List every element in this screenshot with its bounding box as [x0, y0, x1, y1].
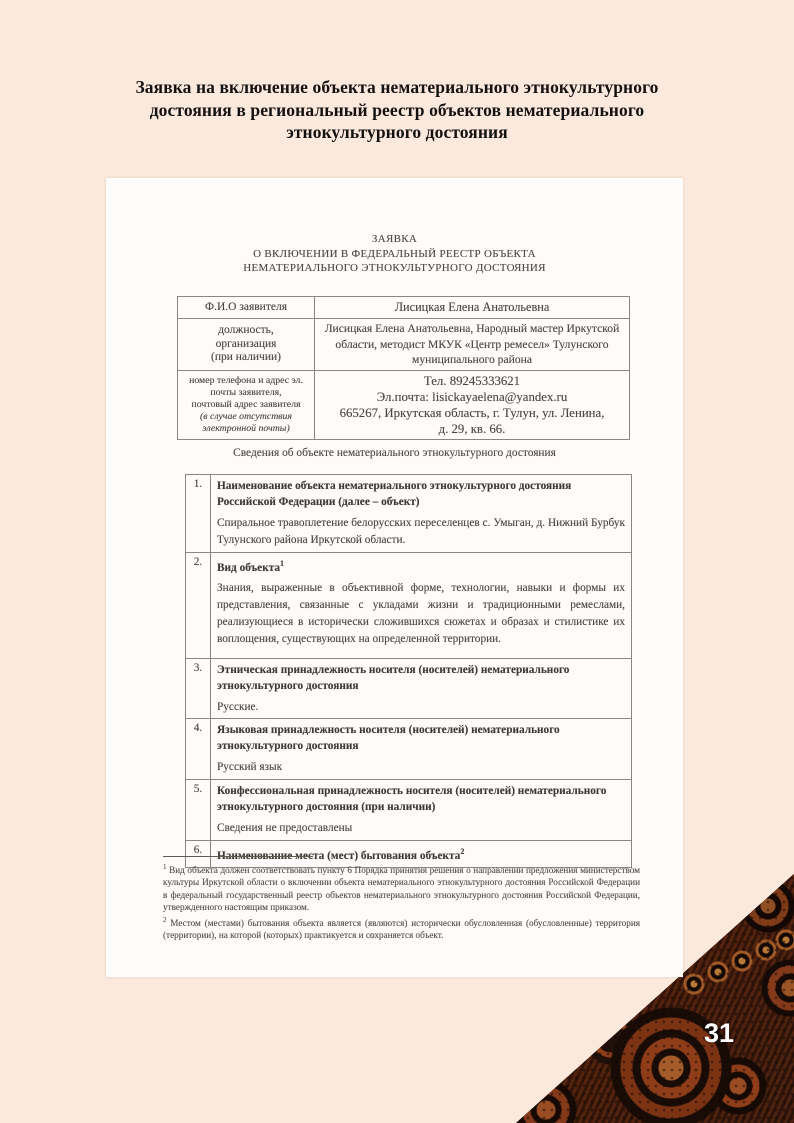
contact-phone: Тел. 89245333621 [321, 373, 623, 389]
row-body: Сведения не предоставлены [217, 820, 625, 837]
object-info-table: 1. Наименование объекта нематериального … [185, 474, 632, 868]
footnote-text: Вид объекта должен соответствовать пункт… [163, 865, 640, 912]
document-heading-line: О ВКЛЮЧЕНИИ В ФЕДЕРАЛЬНЫЙ РЕЕСТР ОБЪЕКТА [106, 247, 683, 262]
document-heading-line: НЕМАТЕРИАЛЬНОГО ЭТНОКУЛЬТУРНОГО ДОСТОЯНИ… [106, 261, 683, 276]
footnote-marker: 1 [163, 863, 167, 871]
fio-label-cell: Ф.И.О заявителя [178, 297, 315, 319]
scan-artifact-mark: 6 [368, 931, 374, 942]
row-content-cell: Вид объекта1 Знания, выраженные в объект… [211, 552, 632, 658]
position-label-cell: должность, организация (при наличии) [178, 319, 315, 371]
row-content-cell: Конфессиональная принадлежность носителя… [211, 780, 632, 841]
footnote-2: 2 Местом (местами) бытования объекта явл… [163, 914, 640, 942]
row-content-cell: Наименование объекта нематериального этн… [211, 475, 632, 553]
row-number-cell: 3. [186, 658, 211, 719]
row-body: Русские. [217, 699, 625, 716]
document-heading: ЗАЯВКА О ВКЛЮЧЕНИИ В ФЕДЕРАЛЬНЫЙ РЕЕСТР … [106, 232, 683, 276]
footnote-marker: 2 [163, 916, 167, 924]
page-number: 31 [704, 1018, 734, 1049]
row-heading: Этническая принадлежность носителя (носи… [217, 662, 625, 694]
label-line: почтовый адрес заявителя [181, 399, 311, 411]
footnote-divider [163, 856, 313, 857]
table-row: 3. Этническая принадлежность носителя (н… [186, 658, 632, 719]
label-line: (при наличии) [184, 351, 308, 365]
row-content-cell: Языковая принадлежность носителя (носите… [211, 719, 632, 780]
scanned-document: ЗАЯВКА О ВКЛЮЧЕНИИ В ФЕДЕРАЛЬНЫЙ РЕЕСТР … [106, 178, 683, 977]
row-heading-text: Вид объекта [217, 561, 280, 573]
label-line: должность, [184, 324, 308, 338]
footnotes: 1 Вид объекта должен соответствовать пун… [163, 861, 640, 942]
footnote-text: Местом (местами) бытования объекта являе… [163, 918, 640, 940]
row-number-cell: 4. [186, 719, 211, 780]
footnote-ref: 2 [460, 847, 464, 856]
row-heading: Вид объекта1 [217, 556, 625, 576]
label-line: номер телефона и адрес эл. [181, 375, 311, 387]
row-content-cell: Этническая принадлежность носителя (носи… [211, 658, 632, 719]
contacts-label-cell: номер телефона и адрес эл. почты заявите… [178, 370, 315, 440]
row-body: Спиральное травоплетение белорусских пер… [217, 515, 625, 549]
page-title-line: Заявка на включение объекта нематериальн… [77, 76, 717, 99]
row-heading: Наименование объекта нематериального этн… [217, 478, 625, 510]
footnote-ref: 1 [280, 559, 284, 568]
row-number-cell: 1. [186, 475, 211, 553]
fio-value-cell: Лисицкая Елена Анатольевна [315, 297, 630, 319]
contact-address-line: д. 29, кв. 66. [321, 421, 623, 437]
contact-email: Эл.почта: lisickayaelena@yandex.ru [321, 389, 623, 405]
page-title-line: достояния в региональный реестр объектов… [77, 99, 717, 122]
label-note-line: электронной почты) [181, 423, 311, 435]
position-value-cell: Лисицкая Елена Анатольевна, Народный мас… [315, 319, 630, 371]
table-row: Ф.И.О заявителя Лисицкая Елена Анатольев… [178, 297, 630, 319]
row-body: Знания, выраженные в объективной форме, … [217, 580, 625, 647]
table-row: должность, организация (при наличии) Лис… [178, 319, 630, 371]
document-heading-line: ЗАЯВКА [106, 232, 683, 247]
row-heading: Языковая принадлежность носителя (носите… [217, 722, 625, 754]
contacts-value-cell: Тел. 89245333621 Эл.почта: lisickayaelen… [315, 370, 630, 440]
row-heading: Конфессиональная принадлежность носителя… [217, 783, 625, 815]
row-body: Русский язык [217, 759, 625, 776]
table-row: 1. Наименование объекта нематериального … [186, 475, 632, 553]
label-line: почты заявителя, [181, 387, 311, 399]
applicant-table: Ф.И.О заявителя Лисицкая Елена Анатольев… [177, 296, 630, 440]
table-row: номер телефона и адрес эл. почты заявите… [178, 370, 630, 440]
page-background: Заявка на включение объекта нематериальн… [0, 0, 794, 1123]
contact-address-line: 665267, Иркутская область, г. Тулун, ул.… [321, 405, 623, 421]
table-row: 4. Языковая принадлежность носителя (нос… [186, 719, 632, 780]
page-title: Заявка на включение объекта нематериальн… [77, 76, 717, 144]
row-number-cell: 5. [186, 780, 211, 841]
row-number-cell: 2. [186, 552, 211, 658]
label-line: организация [184, 338, 308, 352]
section-header: Сведения об объекте нематериального этно… [106, 447, 683, 459]
label-note-line: (в случае отсутствия [181, 411, 311, 423]
page-title-line: этнокультурного достояния [77, 121, 717, 144]
table-row: 2. Вид объекта1 Знания, выраженные в объ… [186, 552, 632, 658]
table-row: 5. Конфессиональная принадлежность носит… [186, 780, 632, 841]
footnote-1: 1 Вид объекта должен соответствовать пун… [163, 861, 640, 914]
